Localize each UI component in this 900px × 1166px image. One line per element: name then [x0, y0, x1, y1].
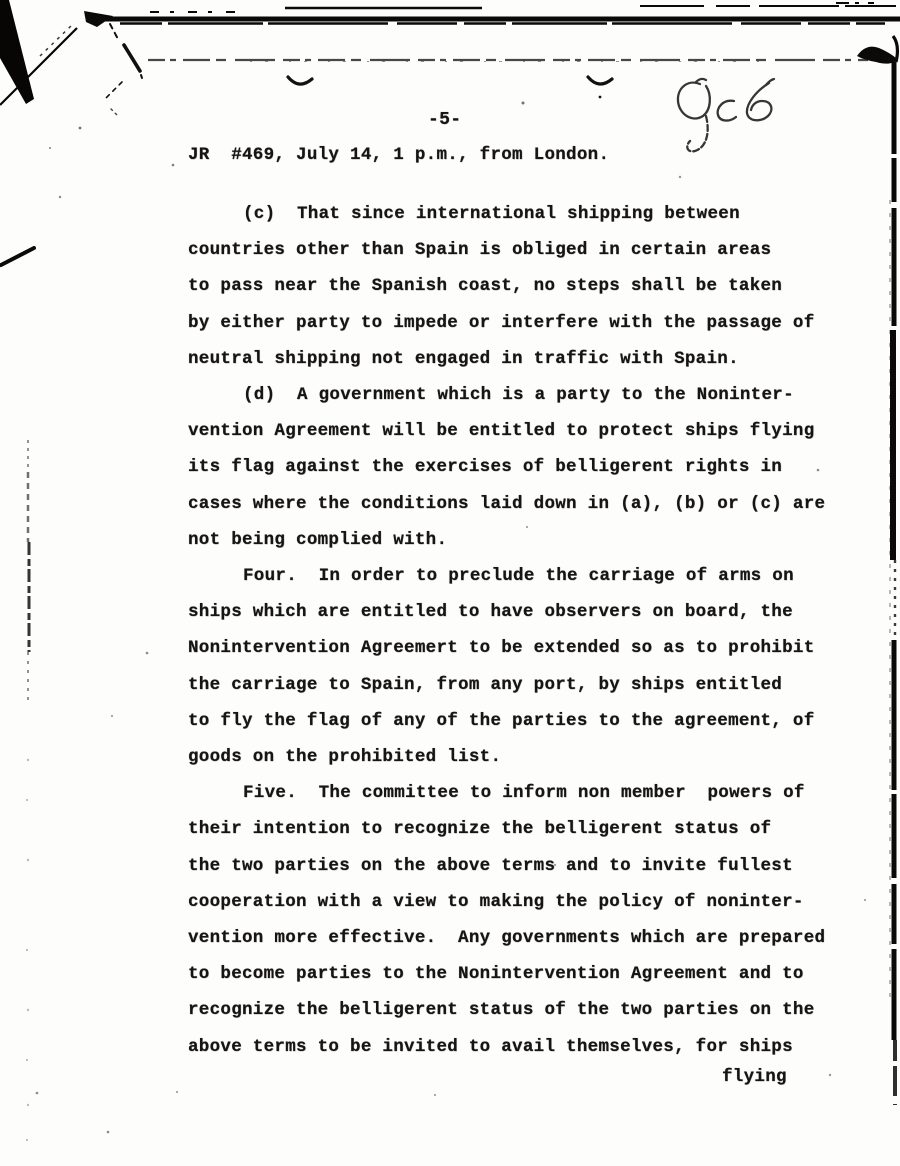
text-line: the carriage to Spain, from any port, by…	[188, 667, 825, 703]
text-line: ships which are entitled to have observe…	[188, 594, 825, 630]
text-line: vention Agreement will be entitled to pr…	[188, 413, 825, 449]
page-number: -5-	[428, 110, 461, 130]
scanned-document-page: -5- JR #469, July 14, 1 p.m., from Londo…	[0, 0, 900, 1166]
text-line: to fly the flag of any of the parties to…	[188, 703, 825, 739]
text-line: to pass near the Spanish coast, no steps…	[188, 268, 825, 304]
left-margin-dash	[1, 248, 34, 265]
top-scan-bar	[84, 3, 900, 27]
text-line: Four. In order to preclude the carriage …	[188, 558, 825, 594]
fold-crease-mark	[104, 24, 142, 115]
body-text: (c) That since international shipping be…	[188, 196, 825, 1065]
check-marks	[288, 77, 612, 98]
text-line: the two parties on the above terms and t…	[188, 848, 825, 884]
continuation-word: flying	[722, 1059, 787, 1095]
text-line: their intention to recognize the bellige…	[188, 811, 825, 847]
dotted-rule	[148, 60, 868, 62]
text-line: vention more effective. Any governments …	[188, 920, 825, 956]
text-line: countries other than Spain is obliged in…	[188, 232, 825, 268]
header-line: JR #469, July 14, 1 p.m., from London.	[188, 145, 609, 165]
text-line: neutral shipping not engaged in traffic …	[188, 341, 825, 377]
text-line: (c) That since international shipping be…	[188, 196, 825, 232]
text-line: cases where the conditions laid down in …	[188, 486, 825, 522]
text-line: cooperation with a view to making the po…	[188, 884, 825, 920]
text-line: to become parties to the Nonintervention…	[188, 956, 825, 992]
text-line: Nonintervention Agreemert to be extended…	[188, 630, 825, 666]
text-line: (d) A government which is a party to the…	[188, 377, 825, 413]
corner-wedge	[0, 0, 77, 105]
right-edge-artifact	[857, 36, 898, 1105]
text-line: its flag against the exercises of bellig…	[188, 449, 825, 485]
text-line: Five. The committee to inform non member…	[188, 775, 825, 811]
text-line: by either party to impede or interfere w…	[188, 305, 825, 341]
handwritten-mark	[678, 79, 774, 151]
left-edge-artifact	[26, 440, 29, 1141]
text-line: recognize the belligerent status of the …	[188, 992, 825, 1028]
text-line: not being complied with.	[188, 522, 825, 558]
text-line: goods on the prohibited list.	[188, 739, 825, 775]
